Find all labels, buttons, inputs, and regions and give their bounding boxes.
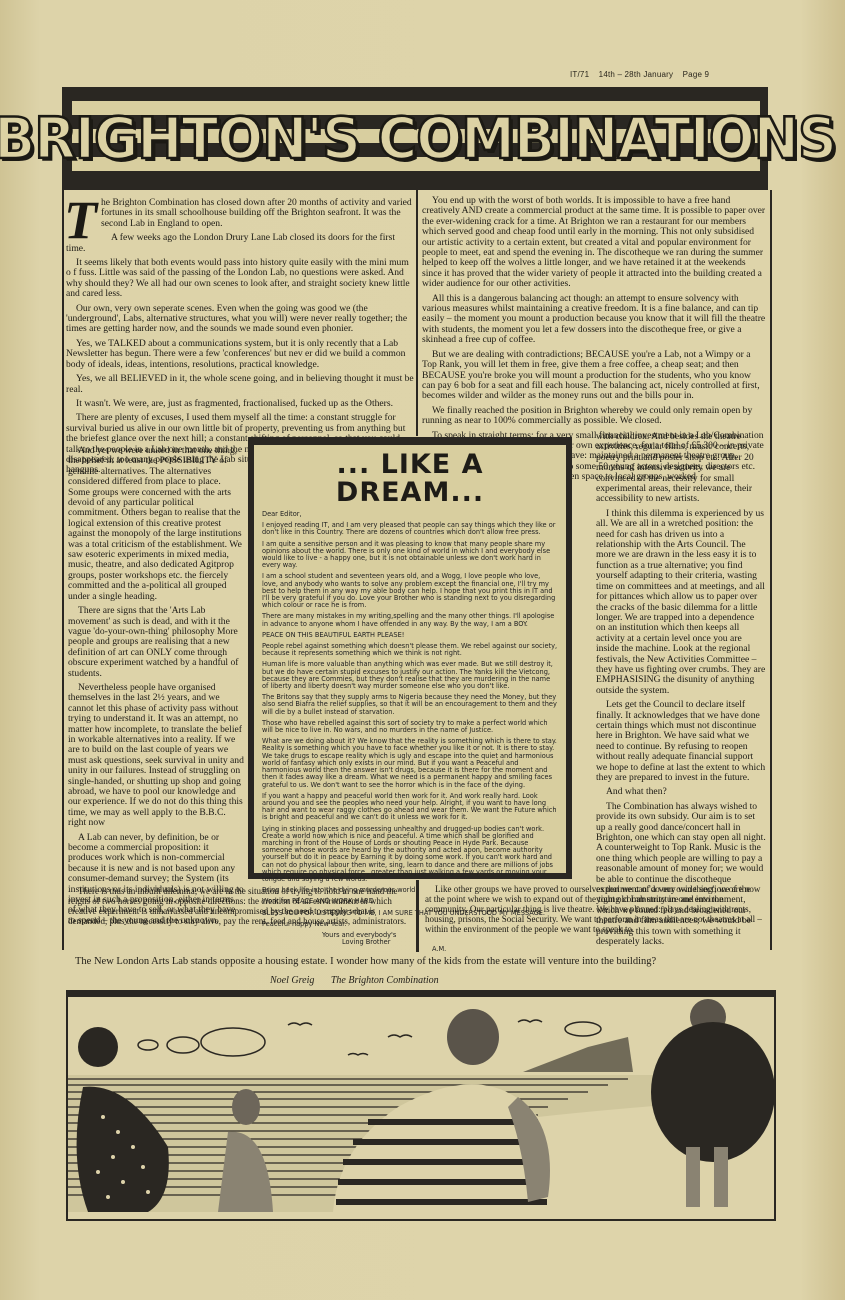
article-paragraph: You end up with the worst of both worlds… [422,196,766,290]
article-paragraph: All this is a dangerous balancing act th… [422,294,766,346]
letter-closing-2: Loving Brother [342,939,558,946]
column-divider-bottom [416,880,419,952]
article-paragraph: A few weeks ago the London Drury Lane La… [66,233,414,254]
beach-scene-icon [68,997,774,1212]
letter-paragraph: I enjoyed reading IT, and I am very plea… [262,522,558,536]
article-paragraph: Yes, we all BELIEVED in it, the whole sc… [66,374,414,395]
letter-box: ... LIKE A DREAM... Dear Editor, I enjoy… [248,437,572,879]
letter-paragraph: What are we doing about it? We know that… [262,738,558,788]
letter-salutation: Dear Editor, [262,511,558,518]
issue-dates: 14th – 28th January [599,70,674,79]
photo-caption: The New London Arts Lab stands opposite … [75,956,656,967]
headline-banner: BRIGHTON'S COMBINATIONS [62,87,768,190]
newspaper-page: IT/71 14th – 28th January Page 9 BRIGHTO… [0,0,845,1300]
article-column-left-bottom: There is thus an inbuilt dilemma; we are… [68,886,408,930]
column-divider [416,190,418,436]
article-paragraph: he Brighton Combination has closed down … [66,198,414,229]
letter-paragraph: If you want a happy and peaceful world t… [262,793,558,822]
article-paragraph: And what then? [596,787,766,797]
letter-title: ... LIKE A DREAM... [262,451,558,507]
letter-body: I enjoyed reading IT, and I am very plea… [262,522,558,928]
page-number: Page 9 [683,70,710,79]
article-column-right-bottom: Like other groups we have proved to ours… [425,884,767,938]
letter-paragraph: Those who have rebelled against this sor… [262,720,558,734]
article-paragraph: We finally reached the position in Brigh… [422,406,766,427]
beach-cartoon-illustration [66,990,776,1221]
issue-number: IT/71 [570,70,589,79]
page-header: IT/71 14th – 28th January Page 9 [570,70,709,79]
article-column-right-narrow: with children. And besides the theatre a… [596,432,766,952]
article-paragraph: But we are dealing with contradictions; … [422,350,766,402]
article-paragraph: Lets get the Council to declare itself f… [596,700,766,783]
article-paragraph: There is thus an inbuilt dilemma; we are… [68,886,408,926]
article-paragraph: It seems likely that both events would p… [66,258,414,300]
byline-organisation: The Brighton Combination [331,975,439,986]
byline: Noel Greig The Brighton Combination [270,975,453,986]
letter-paragraph: There are many mistakes in my writing,sp… [262,613,558,627]
article-paragraph: Nevertheless people have organised thems… [68,683,244,829]
dropcap: T [64,200,97,240]
article-paragraph: with children. And besides the theatre a… [596,432,766,505]
article-paragraph: Our own, very own seperate scenes. Even … [66,304,414,335]
article-paragraph: Yes, we TALKED about a communications sy… [66,339,414,370]
article-paragraph: Like other groups we have proved to ours… [425,884,767,934]
letter-paragraph: Lying in stinking places and possessing … [262,826,558,884]
letter-paragraph: People rebel against something which doe… [262,643,558,657]
letter-paragraph: I am quite a sensitive person and it was… [262,541,558,570]
article-paragraph: I think this dilemma is experienced by u… [596,509,766,696]
article-paragraph: There are signs that the 'Arts Lab movem… [68,606,244,679]
byline-author: Noel Greig [270,975,314,986]
article-paragraph: It wasn't. We were, are, just as fragmen… [66,399,414,409]
letter-paragraph: PEACE ON THIS BEAUTIFUL EARTH PLEASE! [262,632,558,639]
letter-paragraph: Human life is more valuable than anythin… [262,661,558,690]
article-paragraph: And yet we were united in that one thing… [68,446,244,602]
letter-paragraph: I am a school student and seventeen year… [262,573,558,609]
headline-title: BRIGHTON'S COMBINATIONS [70,93,760,183]
article-column-left-narrow: And yet we were united in that one thing… [68,446,244,930]
letter-paragraph: The Britons say that they supply arms to… [262,694,558,716]
letter-initials: A.M. [432,946,558,953]
